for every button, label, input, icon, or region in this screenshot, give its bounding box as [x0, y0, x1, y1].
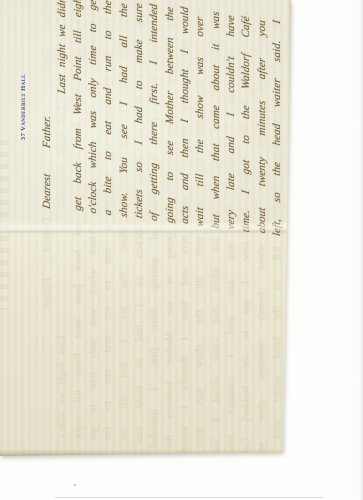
handwritten-line: a bite to eat and run to the — [101, 0, 116, 218]
handwritten-line: left, so the head waiter said. I — [270, 19, 285, 239]
handwritten-line: o'clock which was only time to get — [86, 0, 101, 216]
handwritten-line: acts and then I thought I would — [178, 6, 193, 228]
paper-edge — [0, 449, 291, 456]
bleed-line: going to see Mother between the — [163, 230, 178, 450]
bleed-line: o'clock which was only time to get — [86, 221, 101, 442]
handwritten-line: going to see Mother between the — [163, 6, 178, 226]
paper-edge — [288, 0, 291, 456]
letter-page: Dearest Father.Last night we didn'tget b… — [0, 0, 291, 456]
scan-background: Dearest Father.Last night we didn'tget b… — [0, 0, 363, 500]
bleed-line: acts and then I thought I would — [178, 232, 193, 454]
handwritten-line: show. You see I had all the — [117, 2, 132, 220]
scanner-artifact-dot — [74, 484, 76, 486]
bleed-line: of getting there first. I intended — [147, 228, 162, 449]
handwritten-line: time. I got to the Waldorf Café — [239, 15, 254, 235]
handwritten-line: of getting there first. I intended — [147, 3, 162, 224]
handwritten-line: Last night we didn't — [55, 0, 70, 213]
letter-body: Dearest Father.Last night we didn'tget b… — [40, 0, 286, 239]
bleed-line: show. You see I had all the — [117, 224, 132, 442]
handwritten-line: about twenty minutes after you — [255, 19, 270, 237]
bleed-line: a bite to eat and run to the — [101, 222, 116, 441]
fold-crease — [0, 222, 291, 234]
handwritten-line: very late and I couldn't have — [224, 15, 239, 234]
scanner-edge-shading — [359, 0, 363, 500]
handwritten-line: tickets so I had to make sure — [132, 2, 147, 222]
letterhead-text: 37 Vanderbilt Hall — [20, 72, 27, 142]
handwritten-line: but when that came about it was — [209, 11, 224, 232]
bleed-line: get back from West Point till eight — [71, 219, 86, 440]
bleed-line: very late and I couldn't have — [224, 238, 239, 457]
handwritten-line: Dearest Father. — [40, 115, 55, 211]
bleed-line: wait till the show was over — [193, 234, 208, 448]
back-panel: Dearest Father.Last night we didn'tget b… — [0, 230, 291, 456]
front-panel: 37 Vanderbilt Hall Dearest Father.Last n… — [0, 0, 291, 226]
handwritten-line: wait till the show was over — [193, 16, 208, 230]
bleed-line: about twenty minutes after you — [255, 241, 270, 459]
bleedthrough-text: Dearest Father.Last night we didn'tget b… — [40, 215, 286, 469]
bleed-line: but when that came about it was — [209, 236, 224, 457]
scanner-artifact-line — [55, 497, 323, 498]
bleed-line: left, so the head waiter said. I — [270, 243, 285, 463]
bleed-line: tickets so I had to make sure — [132, 226, 147, 446]
bleed-line: Last night we didn't — [55, 217, 70, 439]
paper-shadow: Dearest Father.Last night we didn'tget b… — [0, 0, 291, 456]
handwritten-line: get back from West Point till eight — [71, 0, 86, 215]
bleed-line: time. I got to the Waldorf Café — [239, 239, 254, 459]
